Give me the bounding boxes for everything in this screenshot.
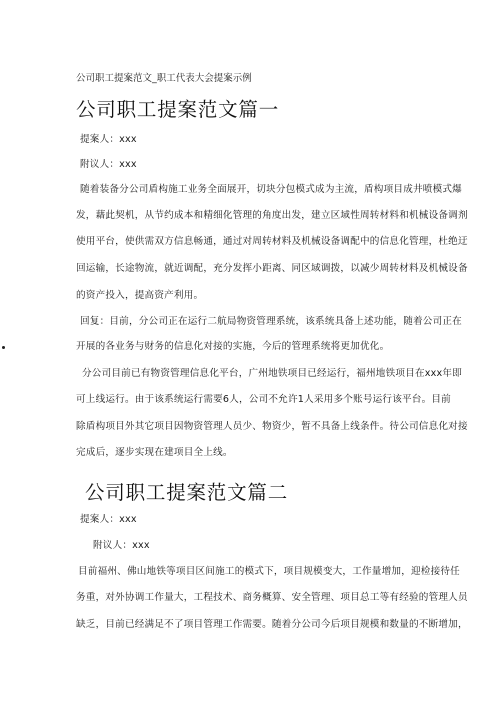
document-page: 公司职工提案范文_职工代表大会提案示例 公司职工提案范文篇一 提案人：xxx 附…	[0, 0, 500, 707]
proposer-line: 提案人：xxx	[80, 514, 137, 526]
body-line: 缺乏，目前已经满足不了项目管理工作需要。随着分公司今后项目规模和数量的不断增加，	[76, 619, 468, 631]
extra-line: 分公司目前已有物资管理信息化平台，广州地铁项目已经运行，福州地铁项目在xxx年即	[82, 368, 462, 380]
proposer-line: 提案人：xxx	[80, 134, 137, 146]
seconder-line: 附议人：xxx	[80, 159, 137, 171]
body-line: 的资产投入，提高资产利用。	[76, 290, 203, 302]
extra-line: 可上线运行。由于该系统运行需要6人，公司不允许1人采用多个账号运行该平台。目前	[76, 394, 451, 406]
reply-line: 回复：目前，分公司正在运行二航局物资管理系统，该系统具备上述功能，随着公司正在	[80, 316, 462, 328]
seconder-line: 附议人：xxx	[93, 540, 150, 552]
reply-line: 开展的各业务与财务的信息化对接的实施，今后的管理系统将更加优化。	[76, 341, 389, 353]
extra-line: 除盾构项目外其它项目因物资管理人员少、物资少，暂不具备上线条件。待公司信息化对接	[76, 421, 468, 433]
section-heading-2: 公司职工提案范文篇二	[85, 477, 288, 505]
body-line: 回运输，长途物流，就近调配，充分发挥小距离、同区域调拨，以减少周转材料及机械设备	[76, 263, 468, 275]
body-line: 务重，对外协调工作量大，工程技术、商务概算、安全管理、项目总工等有经验的管理人员	[76, 592, 468, 604]
bullet-dot-icon	[2, 346, 5, 349]
section-heading-1: 公司职工提案范文篇一	[76, 94, 279, 122]
extra-line: 完成后，逐步实现在建项目全上线。	[76, 447, 233, 459]
body-line: 目前福州、佛山地铁等项目区间施工的模式下，项目规模变大，工作量增加，迎检接待任	[78, 566, 460, 578]
body-line: 使用平台，使供需双方信息畅通，通过对周转材料及机械设备调配中的信息化管理，杜绝迂	[76, 236, 468, 248]
body-line: 随着装备分公司盾构施工业务全面展开，切块分包模式成为主流，盾构项目成井喷模式爆	[80, 184, 462, 196]
document-title: 公司职工提案范文_职工代表大会提案示例	[76, 70, 252, 84]
body-line: 发，藉此契机，从节约成本和精细化管理的角度出发，建立区域性周转材料和机械设备调剂	[76, 210, 468, 222]
